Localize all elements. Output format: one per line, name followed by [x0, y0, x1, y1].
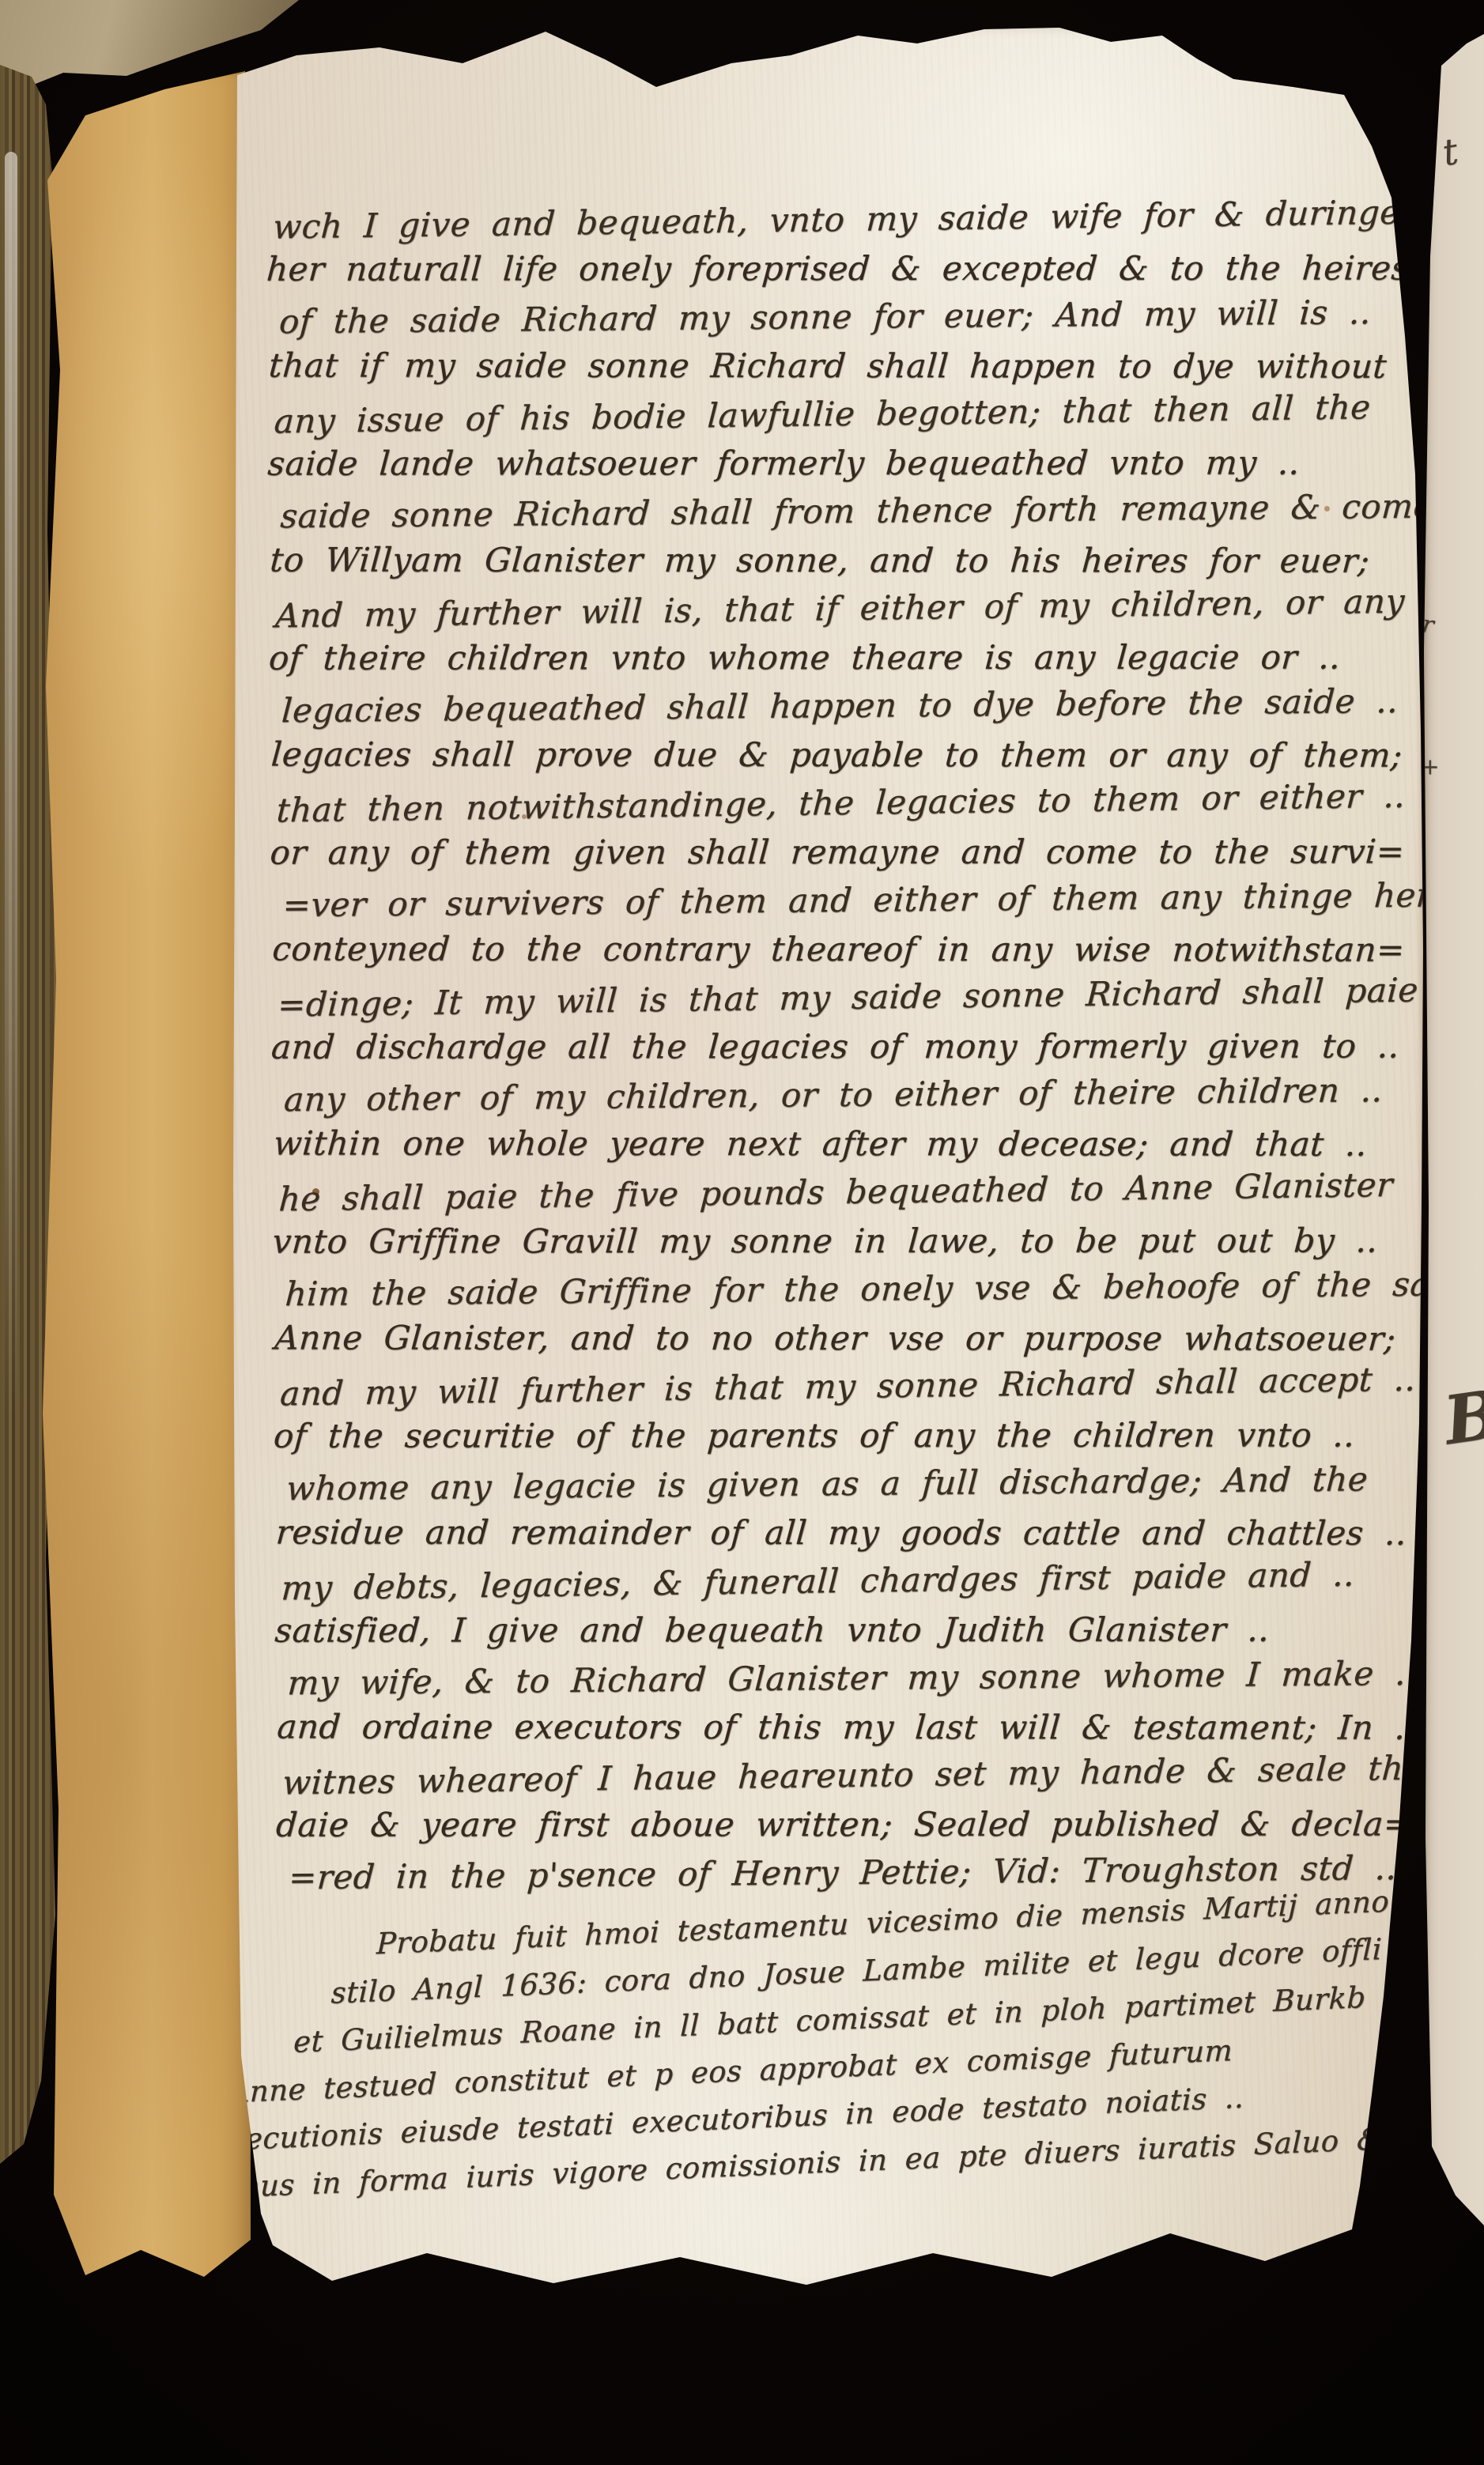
- manuscript-page: wch I give and bequeath, vnto my saide w…: [225, 20, 1427, 2297]
- manuscript-line: satisfied, I give and bequeath vnto Judi…: [274, 1605, 1407, 1655]
- gutter-page-stack-edge: [30, 70, 251, 2291]
- manuscript-line: =dinge; It my will is that my saide sonn…: [277, 966, 1410, 1029]
- facing-page-sliver: t r + B: [1421, 20, 1484, 2225]
- manuscript-line: wch I give and bequeath, vnto my saide w…: [272, 188, 1406, 251]
- manuscript-line: of the securitie of the parents of any t…: [272, 1410, 1406, 1460]
- manuscript-line: of theire children vnto whome theare is …: [267, 632, 1401, 682]
- manuscript-line: that then notwithstandinge, the legacies…: [275, 772, 1409, 835]
- manuscript-line: any issue of his bodie lawfullie begotte…: [273, 383, 1407, 446]
- manuscript-line: Anne Glanister, and to no other vse or p…: [273, 1313, 1407, 1363]
- manuscript-photo: wch I give and bequeath, vnto my saide w…: [0, 0, 1484, 2465]
- manuscript-line: =ver or survivers of them and either of …: [281, 871, 1415, 930]
- manuscript-line: within one whole yeare next after my dec…: [272, 1119, 1406, 1168]
- manuscript-line: that if my saide sonne Richard shall hap…: [267, 341, 1401, 391]
- manuscript-line: saide sonne Richard shall from thence fo…: [279, 482, 1413, 541]
- manuscript-line: and my will further is that my sonne Ric…: [279, 1355, 1413, 1418]
- manuscript-line: any other of my children, or to either o…: [282, 1066, 1416, 1124]
- manuscript-line: legacies shall prove due & payable to th…: [270, 730, 1403, 780]
- manuscript-line: him the saide Griffine for the onely vse…: [284, 1260, 1418, 1319]
- catchword-mark: t: [1439, 130, 1461, 174]
- manuscript-line: and ordaine executors of this my last wi…: [275, 1702, 1409, 1752]
- manuscript-line: of the saide Richard my sonne for euer; …: [278, 288, 1411, 346]
- manuscript-line: vnto Griffine Gravill my sonne in lawe, …: [271, 1216, 1405, 1266]
- manuscript-line: legacies bequeathed shall happen to dye …: [280, 677, 1414, 735]
- letter-mark: r: [1421, 610, 1436, 640]
- page-stack-highlight: [5, 152, 17, 1417]
- manuscript-line: my debts, legacies, & funerall chardges …: [280, 1550, 1414, 1613]
- will-text-block: wch I give and bequeath, vnto my saide w…: [269, 192, 1410, 1901]
- manuscript-line: or any of them given shall remayne and c…: [269, 827, 1403, 877]
- manuscript-line: he shall paie the five pounds bequeathed…: [278, 1161, 1411, 1224]
- probate-clause-block: Probatu fuit hmoi testamentu vicesimo di…: [119, 1879, 1363, 2215]
- manuscript-line: residue and remainder of all my goods ca…: [274, 1508, 1408, 1557]
- manuscript-line: conteyned to the contrary theareof in an…: [270, 924, 1404, 974]
- manuscript-line: her naturall life onely foreprised & exc…: [265, 243, 1399, 293]
- manuscript-line: whome any legacie is given as a full dis…: [285, 1455, 1418, 1513]
- manuscript-line: and dischardge all the legacies of mony …: [270, 1021, 1403, 1071]
- manuscript-line: And my further will is, that if either o…: [274, 577, 1408, 640]
- manuscript-line: saide lande whatsoeuer formerly bequeath…: [266, 438, 1400, 488]
- manuscript-line: to Willyam Glanister my sonne, and to hi…: [268, 535, 1402, 585]
- manuscript-line: daie & yeare first aboue written; Sealed…: [274, 1799, 1408, 1849]
- manuscript-line: witnes wheareof I haue heareunto set my …: [281, 1744, 1415, 1807]
- manuscript-line: my wife, & to Richard Glanister my sonne…: [286, 1649, 1420, 1708]
- flourish-mark: B: [1439, 1375, 1484, 1460]
- cross-mark: +: [1421, 753, 1439, 780]
